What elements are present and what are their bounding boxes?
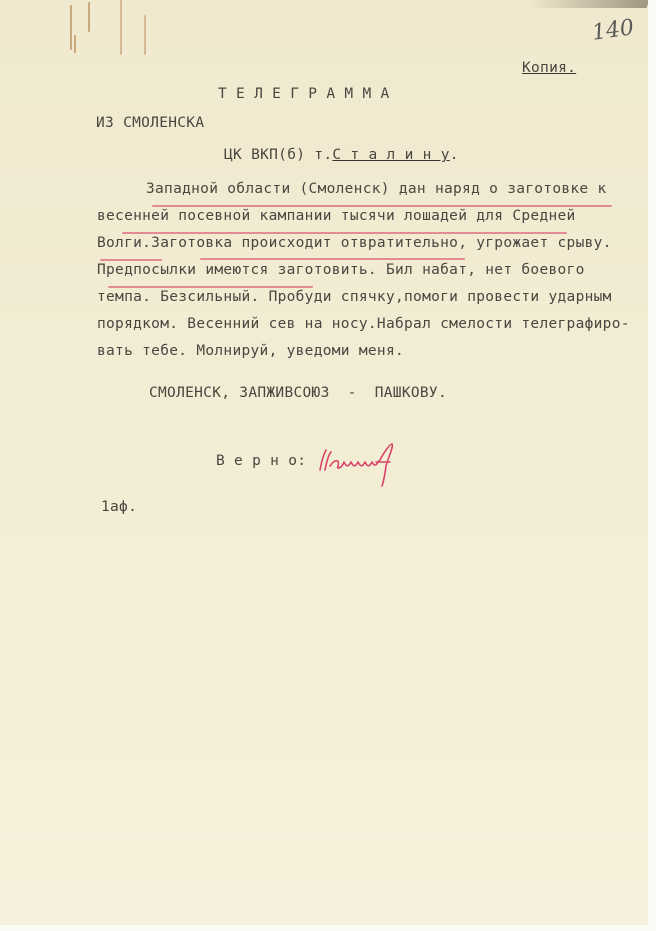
origin-line: ИЗ СМОЛЕНСКА xyxy=(96,115,204,131)
red-pencil-underline xyxy=(152,205,612,207)
rust-stain xyxy=(70,5,72,50)
addressee-prefix: ЦК ВКП(б) т. xyxy=(224,147,332,163)
red-pencil-underline xyxy=(108,286,313,288)
body-line: Волги.Заготовка происходит отвратительно… xyxy=(97,235,612,251)
document-title: Т Е Л Е Г Р А М М А xyxy=(218,86,390,102)
body-line: Предпосылки имеются заготовить. Бил наба… xyxy=(97,262,585,278)
rust-stain xyxy=(74,35,76,53)
addressee-name: С т а л и н у xyxy=(332,147,449,163)
addressee-suffix: . xyxy=(450,147,459,163)
body-line: Западной области (Смоленск) дан наряд о … xyxy=(146,181,607,197)
certification-label: В е р н о: xyxy=(216,453,306,469)
signature-icon xyxy=(316,440,406,488)
page-edge xyxy=(0,925,656,931)
page-edge xyxy=(648,0,656,931)
rust-stain xyxy=(120,0,122,55)
red-pencil-underline xyxy=(100,259,162,261)
rust-stain xyxy=(88,2,90,32)
copy-mark: Копия. xyxy=(522,60,576,76)
page-fold-shadow xyxy=(527,0,650,8)
body-line: порядком. Весенний сев на носу.Набрал см… xyxy=(97,316,630,332)
rust-stain xyxy=(144,15,146,55)
red-pencil-underline xyxy=(122,232,567,234)
sender-line: СМОЛЕНСК, ЗАПЖИВСОЮЗ - ПАШКОВУ. xyxy=(149,385,447,401)
body-line: вать тебе. Молнируй, уведоми меня. xyxy=(97,343,404,359)
addressee-line: ЦК ВКП(б) т.С т а л и н у. xyxy=(224,147,459,163)
red-pencil-underline xyxy=(200,258,465,260)
body-line: весенней посевной кампании тысячи лошаде… xyxy=(97,208,576,224)
body-line: темпа. Безсильный. Пробуди спячку,помоги… xyxy=(97,289,612,305)
footer-code: 1аф. xyxy=(101,499,137,515)
